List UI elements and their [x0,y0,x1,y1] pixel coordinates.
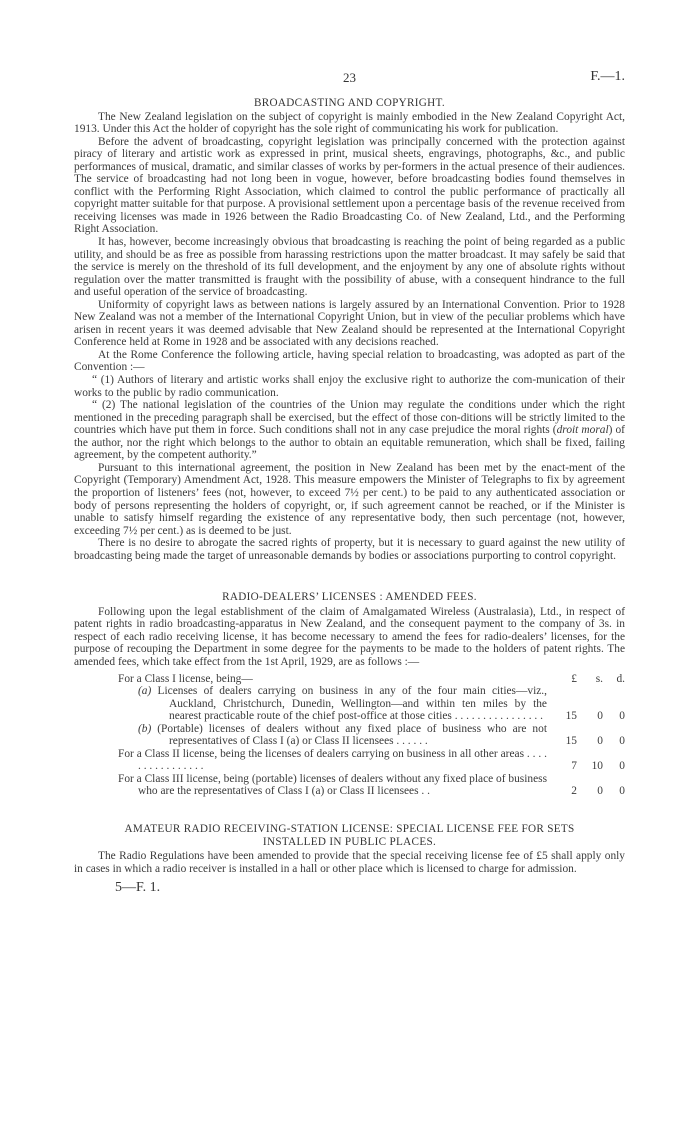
convention-quote-1: “ (1) Authors of literary and artistic w… [74,374,625,399]
fee-table-row: For a Class II license, being the licens… [74,748,625,773]
quote-italic-term: droit moral [557,424,609,436]
paragraph: At the Rome Conference the following art… [74,349,625,374]
paragraph: Following upon the legal establishment o… [74,606,625,669]
fee-description: (a) Licenses of dealers carrying on busi… [74,685,547,723]
fee-table-row: (b) (Portable) licenses of dealers witho… [74,723,625,748]
page-signature: 5—F. 1. [74,882,625,895]
fee-amount: 15 0 0 [547,735,625,748]
paragraph: The Radio Regulations have been amended … [74,850,625,875]
document-page: 23 F.—1. BROADCASTING AND COPYRIGHT. The… [74,0,625,895]
fee-description: For a Class II license, being the licens… [74,748,547,773]
fee-table-row: (a) Licenses of dealers carrying on busi… [74,685,625,723]
fee-description: For a Class III license, being (portable… [74,773,547,798]
fee-label: (a) [138,685,151,697]
convention-quote-2: “ (2) The national legislation of the co… [74,399,625,462]
fee-label: (b) [138,723,151,735]
column-pence: d. [603,673,625,686]
section-title-broadcasting-copyright: BROADCASTING AND COPYRIGHT. [74,97,625,110]
fee-table-header-row: For a Class I license, being— £ s. d. [74,673,625,686]
paragraph: Before the advent of broadcasting, copyr… [74,136,625,236]
document-reference: F.—1. [590,71,625,84]
fee-table-row: For a Class III license, being (portable… [74,773,625,798]
page-number: 23 [74,72,625,85]
paragraph: Uniformity of copyright laws as between … [74,299,625,349]
column-pounds: £ [555,673,577,686]
fee-amount: 2 0 0 [547,785,625,798]
currency-columns: £ s. d. [547,673,625,686]
paragraph: Pursuant to this international agreement… [74,462,625,537]
section-title-amateur-radio-license: AMATEUR RADIO RECEIVING-STATION LICENSE:… [74,823,625,848]
column-shillings: s. [577,673,603,686]
section-title-radio-dealers-licenses: RADIO-DEALERS’ LICENSES : AMENDED FEES. [74,591,625,604]
page-header: 23 F.—1. [74,0,625,97]
fee-description: (b) (Portable) licenses of dealers witho… [74,723,547,748]
paragraph: There is no desire to abrogate the sacre… [74,537,625,562]
paragraph: It has, however, become increasingly obv… [74,236,625,299]
fee-amount: 15 0 0 [547,710,625,723]
fee-amount: 7 10 0 [547,760,625,773]
fee-table: For a Class I license, being— £ s. d. (a… [74,673,625,798]
class1-heading: For a Class I license, being— [74,673,547,686]
paragraph: The New Zealand legislation on the subje… [74,111,625,136]
quote-text: “ (2) The national legislation of the co… [74,399,625,436]
